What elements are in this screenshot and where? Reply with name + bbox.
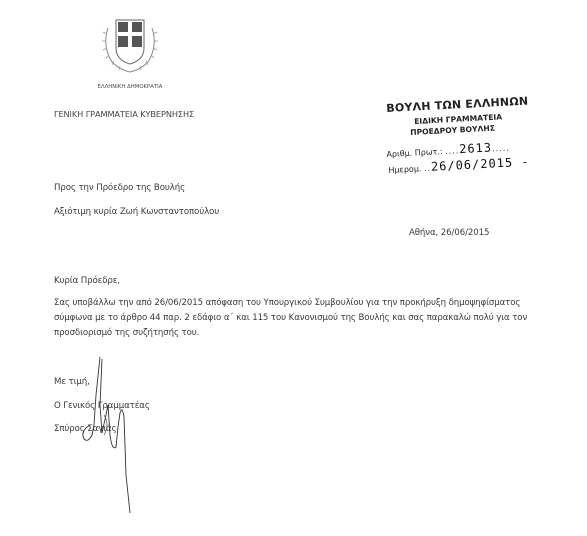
protocol-label: Αριθμ. Πρωτ.: [386,147,443,159]
date-label: Ημερομ. [388,164,421,175]
greeting: Κυρία Πρόεδρε, [54,276,120,286]
stamp-line-1: ΒΟΥΛΗ ΤΩΝ ΕΛΛΗΝΩΝ [386,95,529,115]
protocol-number: 2613 [459,140,493,156]
place-date: Αθήνα, 26/06/2015 [409,228,489,238]
stamp-line-3: ΠΡΟΕΔΡΟΥ ΒΟΥΛΗΣ [410,124,495,137]
body-line: σύμφωνα με το άρθρο 44 παρ. 2 εδάφιο α΄ … [54,313,527,323]
addressee-line: Αξιότιμη κυρία Ζωή Κωνσταντοπούλου [54,207,219,217]
parliament-receipt-stamp: ΒΟΥΛΗ ΤΩΝ ΕΛΛΗΝΩΝ ΕΙΔΙΚΗ ΓΡΑΜΜΑΤΕΙΑ ΠΡΟΕ… [380,96,550,176]
recipient-line: Προς την Πρόεδρο της Βουλής [54,183,185,193]
handwritten-signature-icon [70,355,140,515]
issuer-name: ΓΕΝΙΚΗ ΓΡΑΜΜΑΤΕΙΑ ΚΥΒΕΡΝΗΣΗΣ [54,109,194,119]
greek-coat-of-arms-icon [98,8,162,78]
emblem-caption: ΕΛΛΗΝΙΚΗ ΔΗΜΟΚΡΑΤΙΑ [80,84,180,90]
stamp-date-value: 26/06/2015 - [431,155,530,174]
body-line: Σας υποβάλλω την από 26/06/2015 απόφαση … [54,298,520,308]
body-line: προσδιορισμό της συζήτησής του. [54,328,199,338]
